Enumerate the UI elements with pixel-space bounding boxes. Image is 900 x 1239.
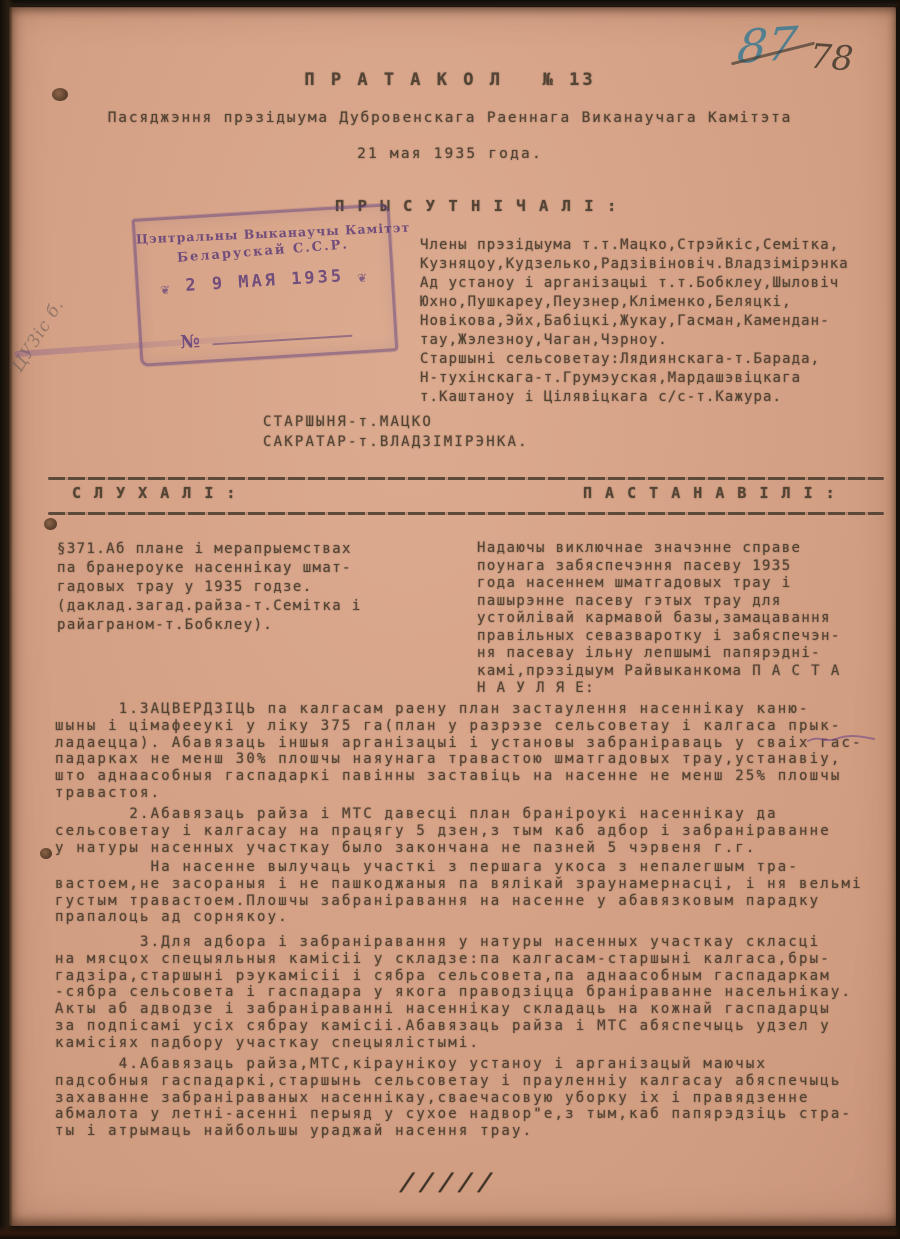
scan-edge-bottom [0,1225,900,1239]
resolved-column-header: П А С Т А Н А В І Л І : [583,485,837,502]
stamp-flourish-icon: ❦ [357,268,370,287]
document-subtitle: Пасяджэння прэзідыума Дубровенскага Раен… [0,110,900,127]
scan-edge-top [0,0,900,8]
resolution-paragraph-2: 2.Абавязаць райза і МТС давесці план бра… [55,806,831,856]
scan-edge-left [0,0,13,1239]
paper-hole [44,518,57,530]
chairman-line: СТАРШЫНЯ-т.МАЦКО [263,413,433,432]
heard-column-header: С Л У Х А Л І : [72,485,237,502]
stamp-flourish-icon: ❦ [160,280,173,299]
paper-hole [52,88,68,101]
divider-line [48,477,884,480]
pen-scribble [806,733,876,745]
resolution-paragraph-1: 1.ЗАЦВЕРДЗІЦЬ па калгасам раену план зас… [55,701,863,802]
resolution-intro: Надаючы виключнае значэнне справе поунаг… [477,540,841,698]
divider-line [48,512,884,515]
resolution-paragraph-3: 3.Для адбора і забраніравання у натуры н… [55,934,852,1052]
attendees-list: Члены прэзідыума т.т.Мацко,Стрэйкіс,Семі… [420,236,849,407]
end-of-page-slashes: ///// [397,1168,500,1196]
resolution-paragraph-2b: На насенне вылучаць участкі з першага ук… [55,859,863,926]
document-title: П Р А Т А К О Л № 13 [0,72,900,89]
stamp-date: ❦ 2 9 МАЯ 1935 ❦ [138,263,391,298]
paper-hole [40,848,52,859]
stamp-date-text: 2 9 МАЯ 1935 [185,266,345,296]
scan-edge-right [895,0,900,1239]
handwritten-number-blue: 87 [735,16,800,74]
document-date: 21 мая 1935 года. [0,146,900,163]
agenda-item: §371.Аб плане і мерапрыемствах па бранер… [57,540,362,635]
secretary-line: САКРАТАР-т.ВЛАДЗІМІРЭНКА. [263,433,529,452]
resolution-paragraph-4: 4.Абавязаць райза,МТС,кіраунікоу устаноу… [55,1056,852,1140]
